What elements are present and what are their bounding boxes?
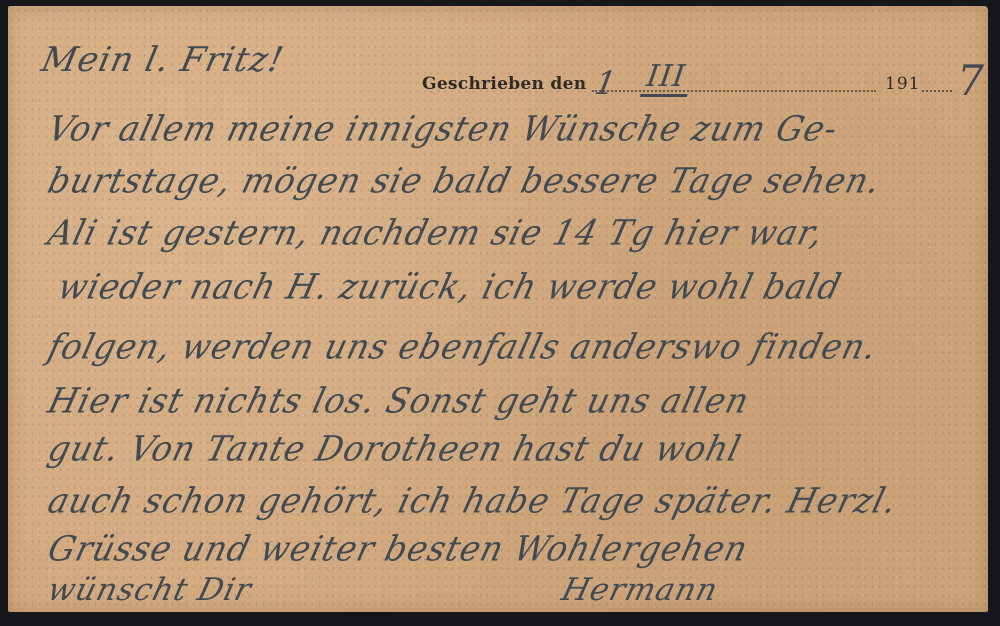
body-line: gut. Von Tante Dorotheen hast du wohl [44, 428, 746, 469]
body-line: Vor allem meine innigsten Wünsche zum Ge… [44, 108, 842, 149]
body-line: folgen, werden uns ebenfalls anderswo fi… [44, 326, 882, 367]
handwritten-year-digit: 7 [953, 56, 988, 105]
salutation: Mein l. Fritz! [38, 40, 287, 80]
closing-greeting: wünscht Dir [44, 572, 256, 608]
printed-date-header: Geschrieben den 191 [422, 70, 982, 100]
body-line: Ali ist gestern, nachdem sie 14 Tg hier … [44, 212, 828, 253]
year-dotted-line [922, 90, 952, 92]
printed-date-label: Geschrieben den [422, 74, 586, 94]
body-line: Hier ist nichts los. Sonst geht uns alle… [44, 380, 754, 421]
signature: Hermann [558, 572, 722, 608]
postcard: Mein l. Fritz! Geschrieben den 191 1 III… [8, 6, 988, 612]
body-line: Grüsse und weiter besten Wohlergehen [44, 528, 752, 569]
printed-year-prefix: 191 [885, 74, 920, 94]
body-line: wieder nach H. zurück, ich werde wohl ba… [54, 266, 846, 307]
body-line: auch schon gehört, ich habe Tage später.… [44, 480, 902, 521]
body-line: burtstage, mögen sie bald bessere Tage s… [44, 160, 885, 201]
date-dotted-line [592, 90, 876, 92]
handwritten-date-month: III [640, 60, 692, 97]
postcard-scan: Mein l. Fritz! Geschrieben den 191 1 III… [0, 0, 1000, 626]
